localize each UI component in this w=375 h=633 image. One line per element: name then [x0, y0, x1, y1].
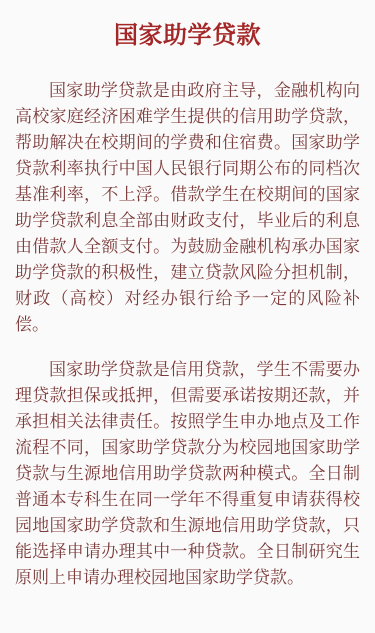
article-title: 国家助学贷款: [15, 20, 360, 52]
article: 国家助学贷款 国家助学贷款是由政府主导，金融机构向高校家庭经济困难学生提供的信用…: [0, 0, 375, 633]
paragraph-1: 国家助学贷款是由政府主导，金融机构向高校家庭经济困难学生提供的信用助学贷款，帮助…: [15, 78, 360, 338]
paragraph-2: 国家助学贷款是信用贷款，学生不需要办理贷款担保或抵押，但需要承诺按期还款，并承担…: [15, 357, 360, 591]
page: { "article": { "title": "国家助学贷款", "parag…: [0, 0, 375, 633]
